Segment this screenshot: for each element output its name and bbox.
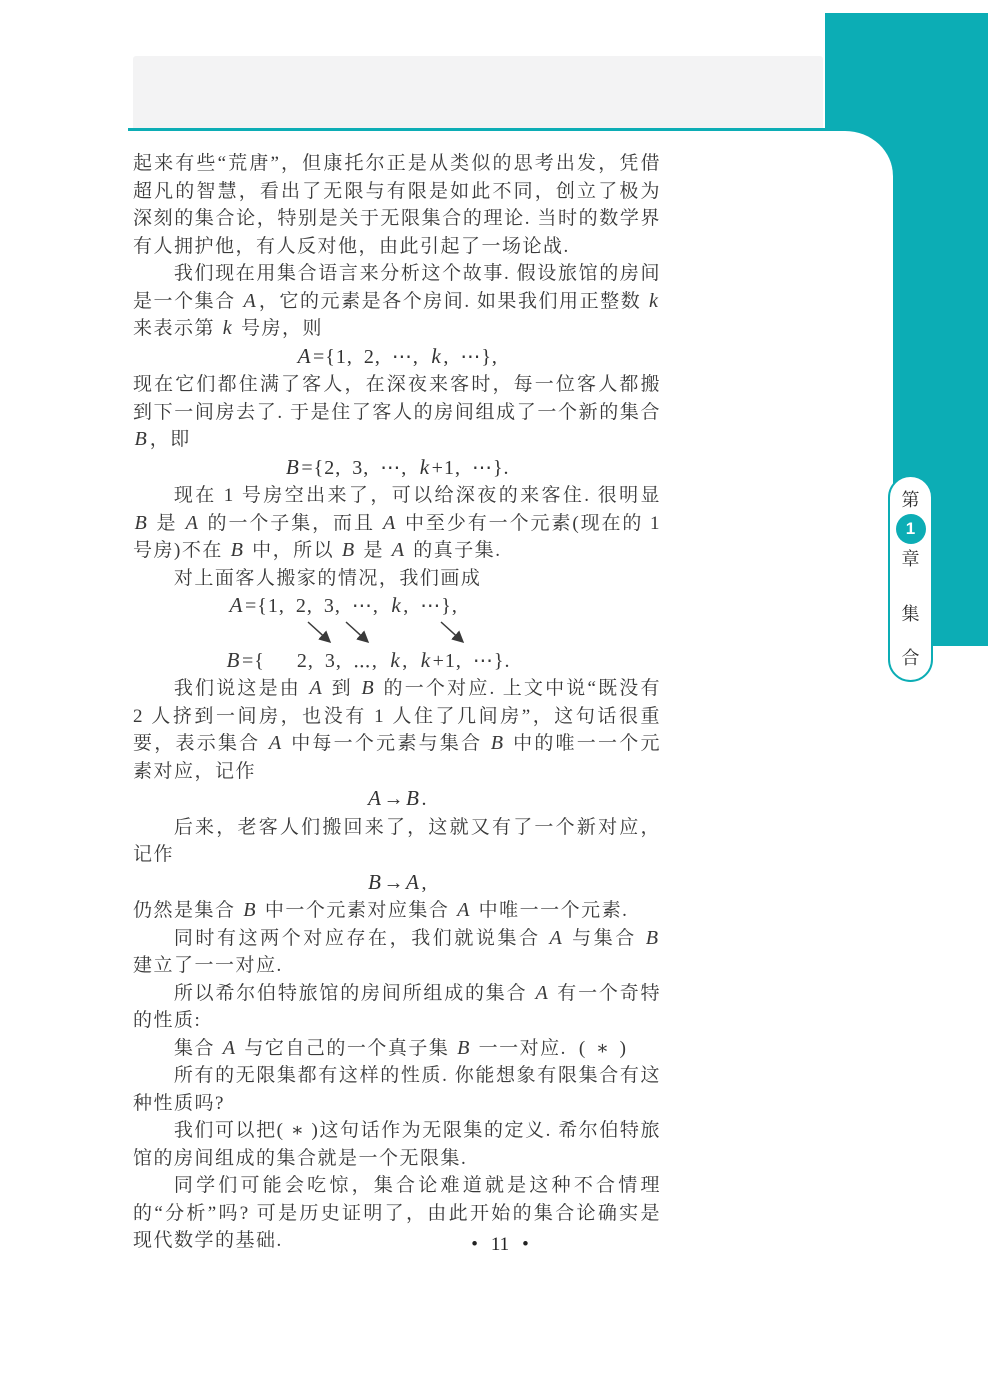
paragraph: 我们说这是由 A 到 B 的一个对应. 上文中说“既没有 2 人挤到一间房，也没…: [133, 675, 661, 785]
formula-set-b: B={2, 3, ⋯, k+1, ⋯}.: [133, 454, 661, 483]
starred-statement: 集合 A 与它自己的一个真子集 B 一一对应. ( ∗ ): [133, 1035, 661, 1063]
paragraph: 同学们可能会吃惊，集合论难道就是这种不合情理的“分析”吗? 可是历史证明了，由此…: [133, 1172, 661, 1255]
starred-statement-text: 集合 A 与它自己的一个真子集 B 一一对应.: [174, 1035, 567, 1063]
formula-set-a: A={1, 2, ⋯, k, ⋯},: [133, 343, 661, 372]
paragraph: 起来有些“荒唐”，但康托尔正是从类似的思考出发，凭借超凡的智慧，看出了无限与有限…: [133, 150, 661, 260]
paragraph: 所以希尔伯特旅馆的房间所组成的集合 A 有一个奇特的性质:: [133, 980, 661, 1035]
mapping-arrows-icon: [305, 620, 535, 648]
chapter-tab: 第 1 章 集 合: [888, 475, 933, 682]
paragraph: 现在 1 号房空出来了，可以给深夜的来客住. 很明显 B 是 A 的一个子集，而…: [133, 482, 661, 565]
star-marker: ( ∗ ): [579, 1035, 629, 1063]
chapter-tab-prefix: 第: [902, 490, 920, 510]
formula-map-b-to-a: B→A,: [133, 869, 661, 898]
correspondence-diagram: A={1, 2, 3, ⋯, k, ⋯}, B={ 2, 3, ⋯, k, k+…: [133, 592, 661, 675]
paragraph: 对上面客人搬家的情况，我们画成: [133, 565, 661, 593]
chapter-number-badge: 1: [896, 514, 926, 544]
formula-map-a-to-b: A→B.: [133, 785, 661, 814]
paragraph: 我们可以把( ∗ )这句话作为无限集的定义. 希尔伯特旅馆的房间组成的集合就是一…: [133, 1117, 661, 1172]
scanned-header-band: [133, 56, 823, 128]
paragraph: 我们现在用集合语言来分析这个故事. 假设旅馆的房间是一个集合 A，它的元素是各个…: [133, 260, 661, 343]
chapter-number: 1: [906, 519, 915, 539]
paragraph: 后来，老客人们搬回来了，这就又有了一个新对应，记作: [133, 814, 661, 869]
paragraph: 同时有这两个对应存在，我们就说集合 A 与集合 B 建立了一一对应.: [133, 925, 661, 980]
paragraph: 现在它们都住满了客人，在深夜来客时，每一位客人都搬到下一间房去了. 于是住了客人…: [133, 371, 661, 454]
main-text: 起来有些“荒唐”，但康托尔正是从类似的思考出发，凭借超凡的智慧，看出了无限与有限…: [133, 150, 661, 1255]
paragraph: 所有的无限集都有这样的性质. 你能想象有限集合有这种性质吗?: [133, 1062, 661, 1117]
textbook-page: 第 1 章 集 合 起来有些“荒唐”，但康托尔正是从类似的思考出发，凭借超凡的智…: [0, 0, 1000, 1400]
chapter-tab-unit: 章: [902, 549, 920, 569]
chapter-title-char-1: 集: [902, 604, 920, 624]
diagram-row-b: B={ 2, 3, ⋯, k, k+1, ⋯}.: [225, 647, 511, 676]
diagram-row-a: A={1, 2, 3, ⋯, k, ⋯},: [228, 592, 458, 621]
chapter-title-char-2: 合: [902, 648, 920, 668]
paragraph: 仍然是集合 B 中一个元素对应集合 A 中唯一一个元素.: [133, 897, 661, 925]
